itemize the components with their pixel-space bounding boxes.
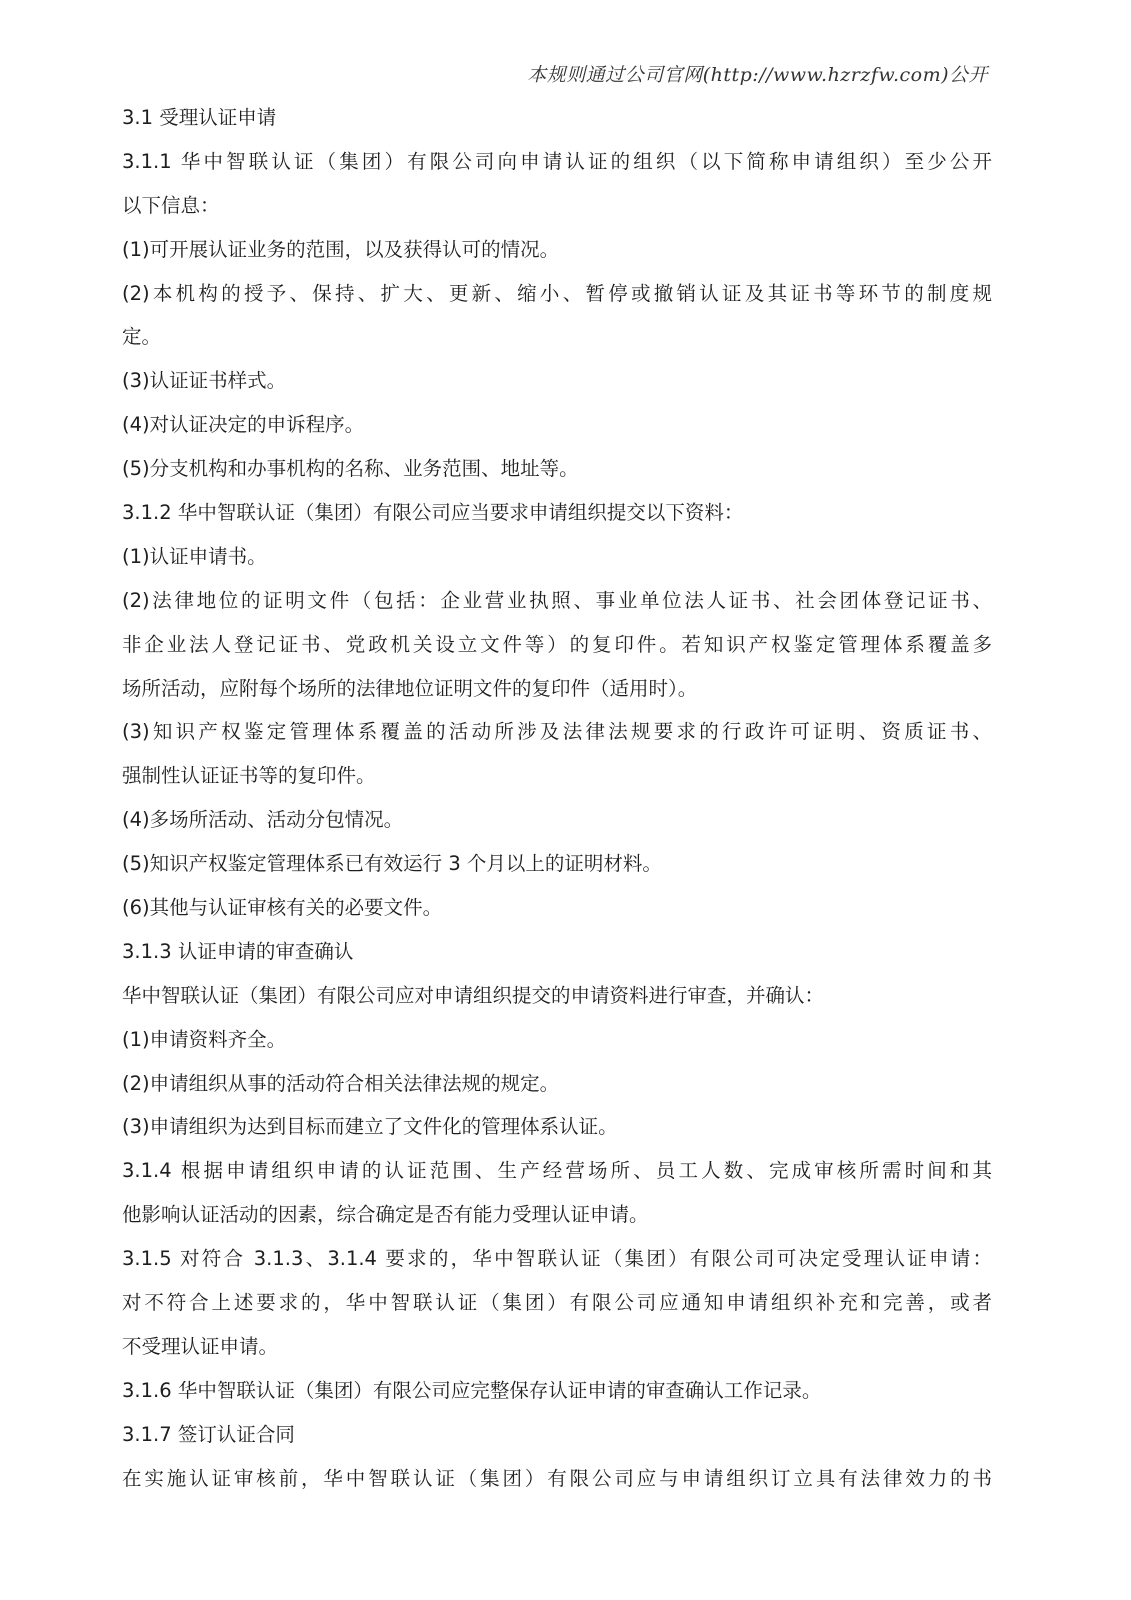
clause-3-1-4-continuation: 他影响认证活动的因素，综合确定是否有能力受理认证申请。 <box>122 1193 992 1237</box>
header-publication-note: 本规则通过公司官网(http://www.hzrzfw.com)公开 <box>527 60 988 87</box>
list-item-3-1-1-2-continuation: 定。 <box>122 315 992 359</box>
list-item-3-1-2-3-continuation: 强制性认证证书等的复印件。 <box>122 754 992 798</box>
clause-3-1-5-continuation-b: 不受理认证申请。 <box>122 1325 992 1369</box>
document-page: 本规则通过公司官网(http://www.hzrzfw.com)公开 3.1 受… <box>0 0 1131 1600</box>
clause-3-1-1-continuation: 以下信息： <box>122 184 992 228</box>
clause-3-1-2: 3.1.2 华中智联认证（集团）有限公司应当要求申请组织提交以下资料： <box>122 491 992 535</box>
list-item-3-1-1-2: (2)本机构的授予、保持、扩大、更新、缩小、暂停或撤销认证及其证书等环节的制度规 <box>122 272 992 316</box>
list-item-3-1-2-2: (2)法律地位的证明文件（包括：企业营业执照、事业单位法人证书、社会团体登记证书… <box>122 579 992 623</box>
paragraph-3-1-3-intro: 华中智联认证（集团）有限公司应对申请组织提交的申请资料进行审查，并确认： <box>122 974 992 1018</box>
list-item-3-1-3-3: (3)申请组织为达到目标而建立了文件化的管理体系认证。 <box>122 1105 992 1149</box>
list-item-3-1-1-3: (3)认证证书样式。 <box>122 359 992 403</box>
list-item-3-1-2-1: (1)认证申请书。 <box>122 535 992 579</box>
section-heading-3-1: 3.1 受理认证申请 <box>122 96 992 140</box>
list-item-3-1-2-2-continuation-b: 场所活动，应附每个场所的法律地位证明文件的复印件（适用时）。 <box>122 667 992 711</box>
clause-3-1-5: 3.1.5 对符合 3.1.3、3.1.4 要求的，华中智联认证（集团）有限公司… <box>122 1237 992 1281</box>
list-item-3-1-2-6: (6)其他与认证审核有关的必要文件。 <box>122 886 992 930</box>
list-item-3-1-3-1: (1)申请资料齐全。 <box>122 1018 992 1062</box>
list-item-3-1-3-2: (2)申请组织从事的活动符合相关法律法规的规定。 <box>122 1062 992 1106</box>
clause-3-1-7: 3.1.7 签订认证合同 <box>122 1413 992 1457</box>
list-item-3-1-2-3: (3)知识产权鉴定管理体系覆盖的活动所涉及法律法规要求的行政许可证明、资质证书、 <box>122 710 992 754</box>
clause-3-1-6: 3.1.6 华中智联认证（集团）有限公司应完整保存认证申请的审查确认工作记录。 <box>122 1369 992 1413</box>
list-item-3-1-1-4: (4)对认证决定的申诉程序。 <box>122 403 992 447</box>
clause-3-1-3: 3.1.3 认证申请的审查确认 <box>122 930 992 974</box>
paragraph-3-1-7-intro: 在实施认证审核前，华中智联认证（集团）有限公司应与申请组织订立具有法律效力的书 <box>122 1457 992 1501</box>
list-item-3-1-1-5: (5)分支机构和办事机构的名称、业务范围、地址等。 <box>122 447 992 491</box>
clause-3-1-1: 3.1.1 华中智联认证（集团）有限公司向申请认证的组织（以下简称申请组织）至少… <box>122 140 992 184</box>
list-item-3-1-2-5: (5)知识产权鉴定管理体系已有效运行 3 个月以上的证明材料。 <box>122 842 992 886</box>
document-body: 3.1 受理认证申请 3.1.1 华中智联认证（集团）有限公司向申请认证的组织（… <box>122 96 992 1501</box>
clause-3-1-5-continuation-a: 对不符合上述要求的，华中智联认证（集团）有限公司应通知申请组织补充和完善，或者 <box>122 1281 992 1325</box>
clause-3-1-4: 3.1.4 根据申请组织申请的认证范围、生产经营场所、员工人数、完成审核所需时间… <box>122 1149 992 1193</box>
list-item-3-1-2-4: (4)多场所活动、活动分包情况。 <box>122 798 992 842</box>
list-item-3-1-1-1: (1)可开展认证业务的范围，以及获得认可的情况。 <box>122 228 992 272</box>
list-item-3-1-2-2-continuation-a: 非企业法人登记证书、党政机关设立文件等）的复印件。若知识产权鉴定管理体系覆盖多 <box>122 623 992 667</box>
